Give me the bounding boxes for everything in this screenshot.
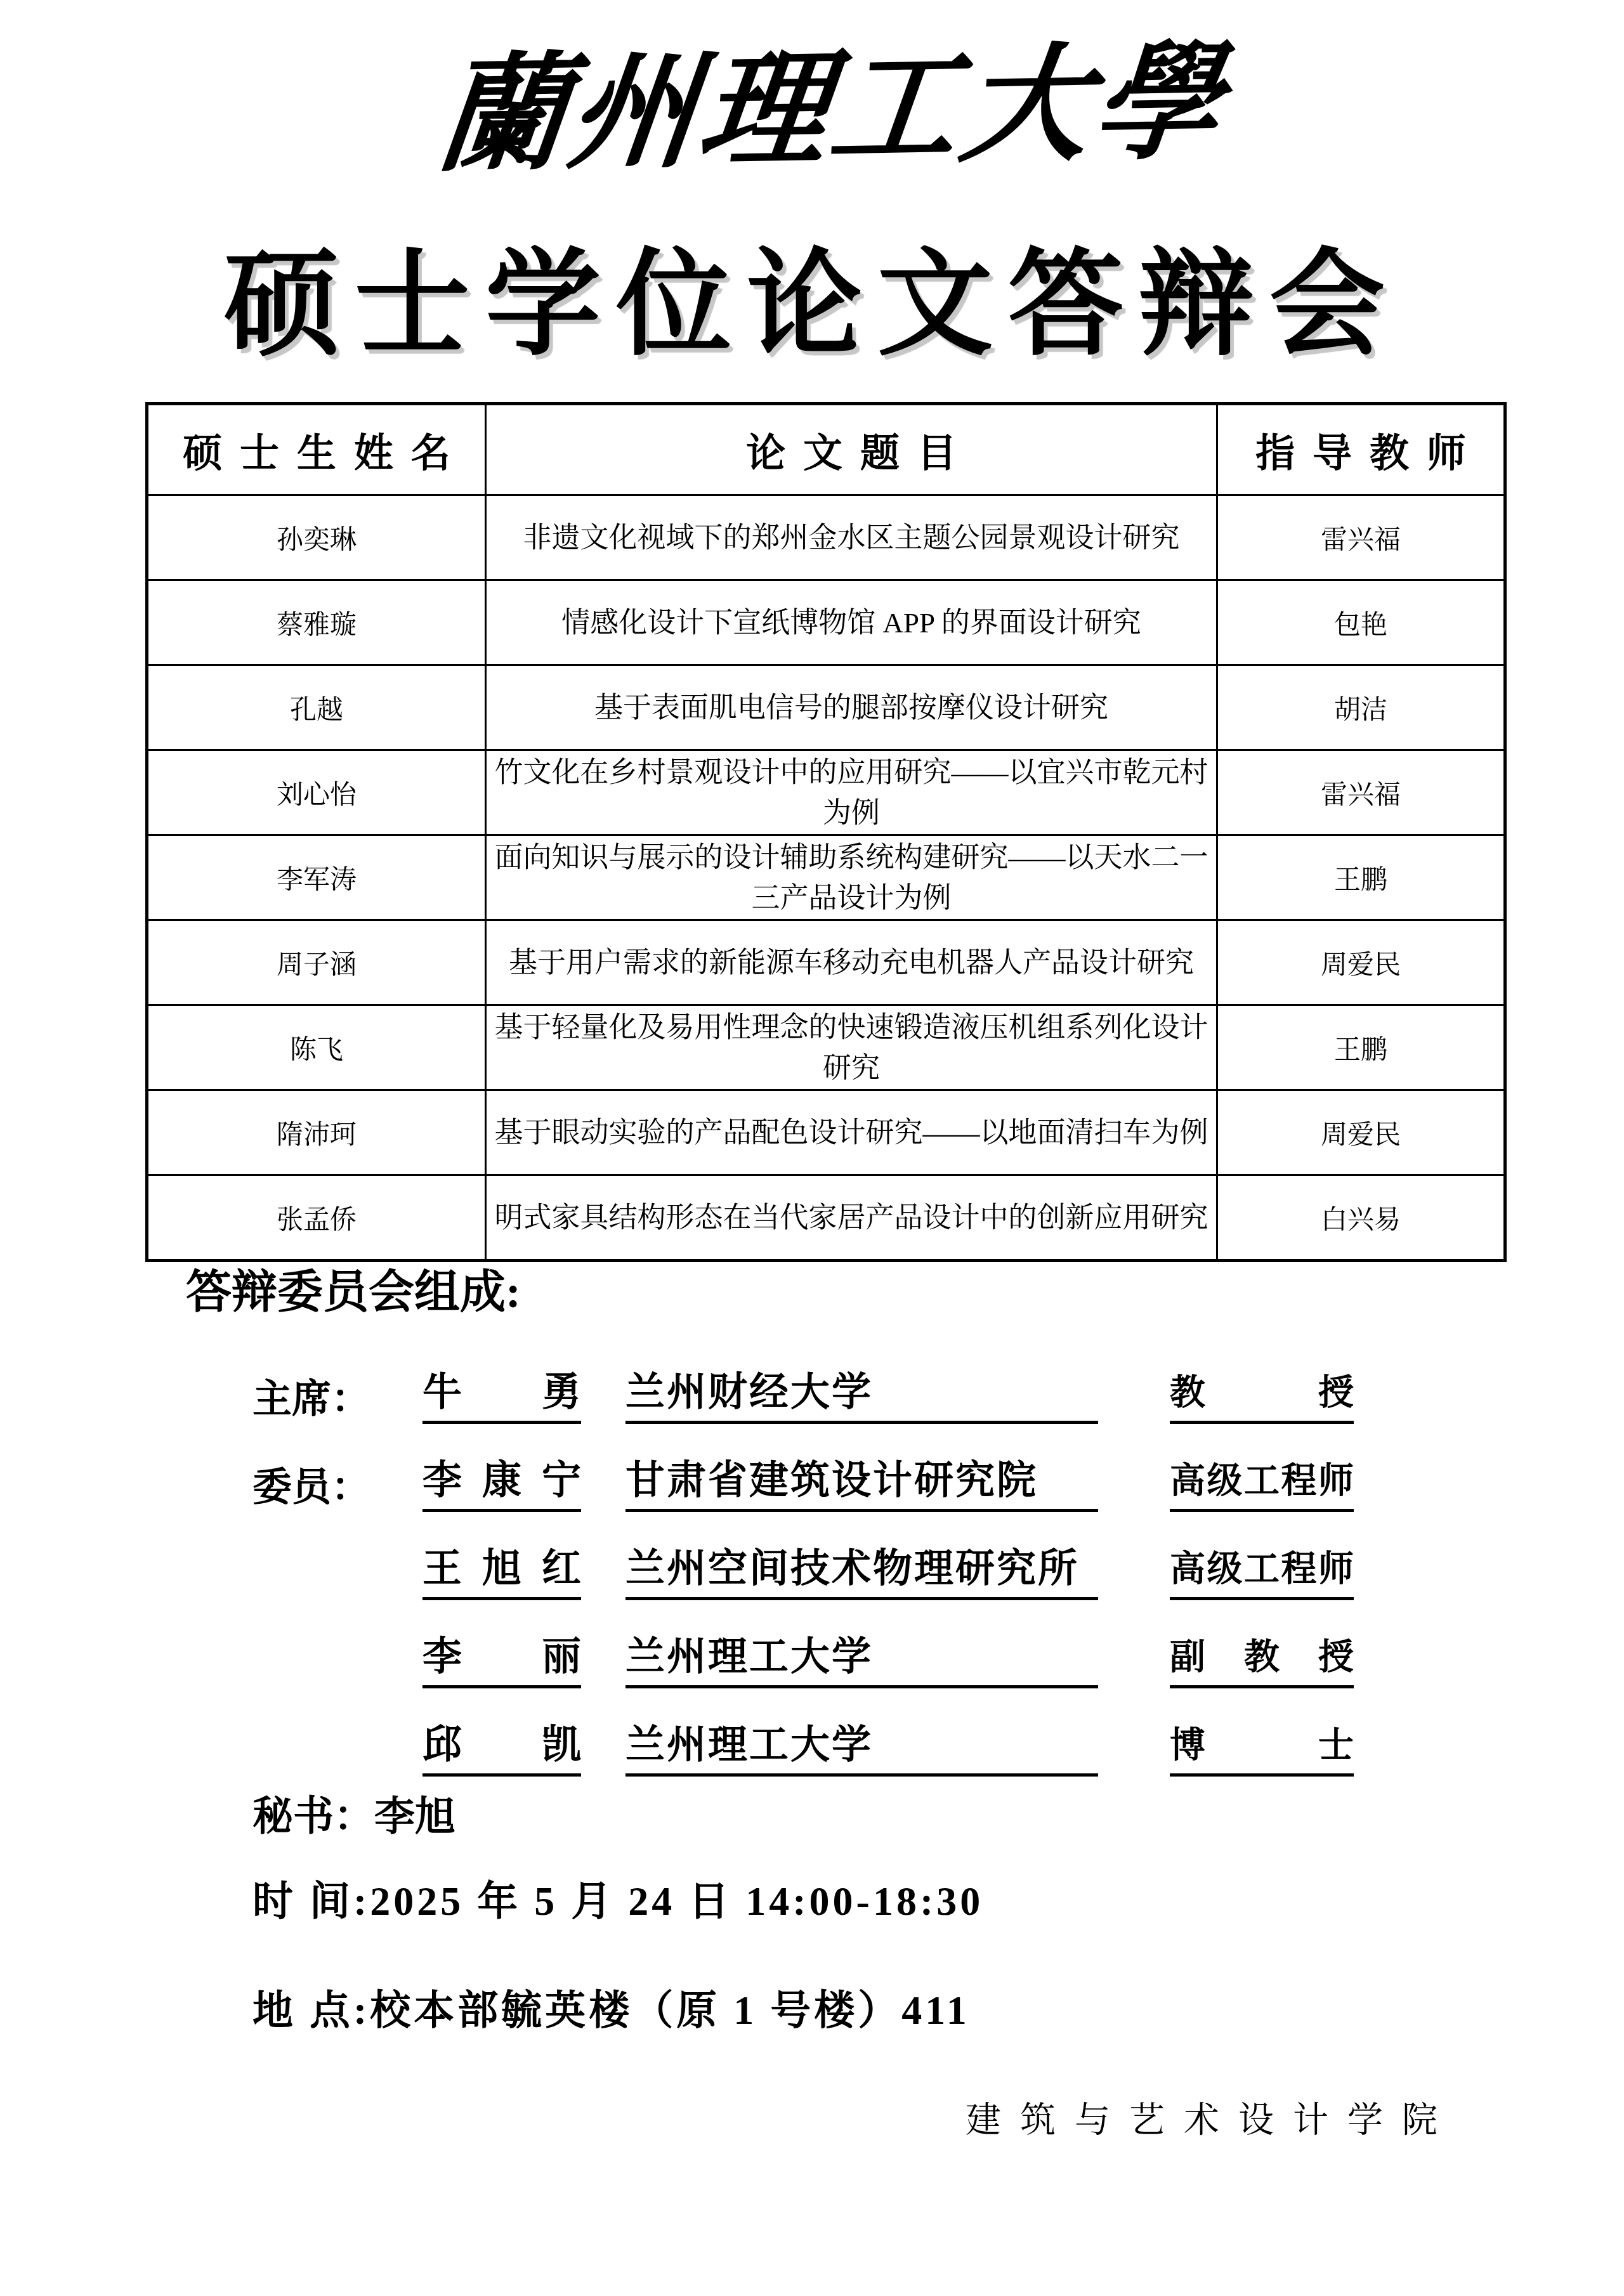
table-row: 李军涛 面向知识与展示的设计辅助系统构建研究——以天水二一三产品设计为例 王鹏	[148, 836, 1503, 921]
committee-list: 主席： 牛 勇 兰州财经大学 教授 委员： 李康宁 甘肃省建筑设计研究院 高级工…	[252, 1336, 1369, 1777]
member-title: 教授	[1170, 1364, 1354, 1424]
member-affiliation: 兰州财经大学	[625, 1360, 1098, 1424]
table-row: 蔡雅璇 情感化设计下宣纸博物馆 APP 的界面设计研究 包艳	[148, 581, 1503, 666]
member-name: 李康宁	[422, 1449, 581, 1512]
thesis-title: 情感化设计下宣纸博物馆 APP 的界面设计研究	[487, 581, 1218, 666]
thesis-title: 基于眼动实验的产品配色设计研究——以地面清扫车为例	[487, 1091, 1218, 1176]
member-affiliation: 兰州空间技术物理研究所	[625, 1537, 1098, 1600]
member-name: 牛 勇	[422, 1360, 581, 1424]
student-name: 李军涛	[148, 836, 487, 921]
issuing-college-signature: 建筑与艺术设计学院	[966, 2092, 1457, 2143]
location-value: 校本部毓英楼（原 1 号楼）411	[370, 1988, 969, 2033]
column-header-advisor: 指导教师	[1218, 405, 1503, 496]
thesis-title: 基于表面肌电信号的腿部按摩仪设计研究	[487, 666, 1218, 751]
student-name: 刘心怡	[148, 751, 487, 836]
member-name: 王旭红	[422, 1537, 581, 1600]
time-label: 时 间:	[252, 1879, 370, 1924]
student-name: 隋沛珂	[148, 1091, 487, 1176]
advisor-name: 王鹏	[1218, 1006, 1503, 1091]
advisor-name: 胡洁	[1218, 666, 1503, 751]
member-name: 李 丽	[422, 1625, 581, 1688]
member-role-label: 主席：	[252, 1367, 422, 1424]
advisor-name: 雷兴福	[1218, 751, 1503, 836]
committee-member-row: 邱 凯 兰州理工大学 博士	[252, 1688, 1369, 1777]
secretary-label: 秘书：	[252, 1794, 374, 1839]
member-title: 副教授	[1170, 1629, 1354, 1688]
advisor-name: 雷兴福	[1218, 496, 1503, 581]
defense-schedule-table: 硕士生姓名 论文题目 指导教师 孙奕琳 非遗文化视域下的郑州金水区主题公园景观设…	[145, 402, 1507, 1262]
thesis-title: 竹文化在乡村景观设计中的应用研究——以宜兴市乾元村为例	[487, 751, 1218, 836]
thesis-title: 面向知识与展示的设计辅助系统构建研究——以天水二一三产品设计为例	[487, 836, 1218, 921]
thesis-title: 基于轻量化及易用性理念的快速锻造液压机组系列化设计研究	[487, 1006, 1218, 1091]
page-title: 硕士学位论文答辩会	[0, 242, 1624, 369]
committee-section-heading: 答辩委员会组成:	[186, 1255, 521, 1321]
column-header-student-name: 硕士生姓名	[148, 405, 487, 496]
student-name: 孔越	[148, 666, 487, 751]
table-row: 刘心怡 竹文化在乡村景观设计中的应用研究——以宜兴市乾元村为例 雷兴福	[148, 751, 1503, 836]
member-affiliation: 兰州理工大学	[625, 1625, 1098, 1688]
advisor-name: 周爱民	[1218, 921, 1503, 1006]
secretary-line: 秘书：李旭	[252, 1784, 455, 1842]
advisor-name: 包艳	[1218, 581, 1503, 666]
advisor-name: 周爱民	[1218, 1091, 1503, 1176]
table-row: 张孟侨 明式家具结构形态在当代家居产品设计中的创新应用研究 白兴易	[148, 1176, 1503, 1259]
advisor-name: 白兴易	[1218, 1176, 1503, 1259]
location-label: 地 点:	[252, 1988, 370, 2033]
table-row: 周子涵 基于用户需求的新能源车移动充电机器人产品设计研究 周爱民	[148, 921, 1503, 1006]
committee-member-row: 委员： 李康宁 甘肃省建筑设计研究院 高级工程师	[252, 1424, 1369, 1512]
location-line: 地 点:校本部毓英楼（原 1 号楼）411	[252, 1978, 970, 2036]
table-row: 陈飞 基于轻量化及易用性理念的快速锻造液压机组系列化设计研究 王鹏	[148, 1006, 1503, 1091]
time-value: 2025 年 5 月 24 日 14:00-18:30	[370, 1879, 983, 1924]
student-name: 张孟侨	[148, 1176, 487, 1259]
thesis-title: 非遗文化视域下的郑州金水区主题公园景观设计研究	[487, 496, 1218, 581]
member-role-label: 委员：	[252, 1456, 422, 1512]
time-line: 时 间:2025 年 5 月 24 日 14:00-18:30	[252, 1869, 983, 1927]
column-header-thesis-title: 论文题目	[487, 405, 1218, 496]
member-affiliation: 甘肃省建筑设计研究院	[625, 1449, 1098, 1512]
document-page: 蘭州理工大學 硕士学位论文答辩会 硕士生姓名 论文题目 指导教师 孙奕琳 非遗文…	[0, 0, 1624, 2296]
committee-member-row: 主席： 牛 勇 兰州财经大学 教授	[252, 1336, 1369, 1424]
secretary-name: 李旭	[374, 1794, 455, 1839]
committee-member-row: 李 丽 兰州理工大学 副教授	[252, 1600, 1369, 1688]
thesis-title: 明式家具结构形态在当代家居产品设计中的创新应用研究	[487, 1176, 1218, 1259]
member-name: 邱 凯	[422, 1713, 581, 1777]
table-row: 孙奕琳 非遗文化视域下的郑州金水区主题公园景观设计研究 雷兴福	[148, 496, 1503, 581]
student-name: 陈飞	[148, 1006, 487, 1091]
thesis-title: 基于用户需求的新能源车移动充电机器人产品设计研究	[487, 921, 1218, 1006]
table-header-row: 硕士生姓名 论文题目 指导教师	[148, 405, 1503, 496]
member-title: 博士	[1170, 1717, 1354, 1777]
member-affiliation: 兰州理工大学	[625, 1713, 1098, 1777]
committee-member-row: 王旭红 兰州空间技术物理研究所 高级工程师	[252, 1512, 1369, 1600]
student-name: 蔡雅璇	[148, 581, 487, 666]
table-row: 隋沛珂 基于眼动实验的产品配色设计研究——以地面清扫车为例 周爱民	[148, 1091, 1503, 1176]
table-row: 孔越 基于表面肌电信号的腿部按摩仪设计研究 胡洁	[148, 666, 1503, 751]
university-calligraphy-logo: 蘭州理工大學	[10, 23, 1624, 198]
member-title: 高级工程师	[1170, 1541, 1354, 1600]
student-name: 孙奕琳	[148, 496, 487, 581]
student-name: 周子涵	[148, 921, 487, 1006]
member-title: 高级工程师	[1170, 1452, 1354, 1512]
advisor-name: 王鹏	[1218, 836, 1503, 921]
